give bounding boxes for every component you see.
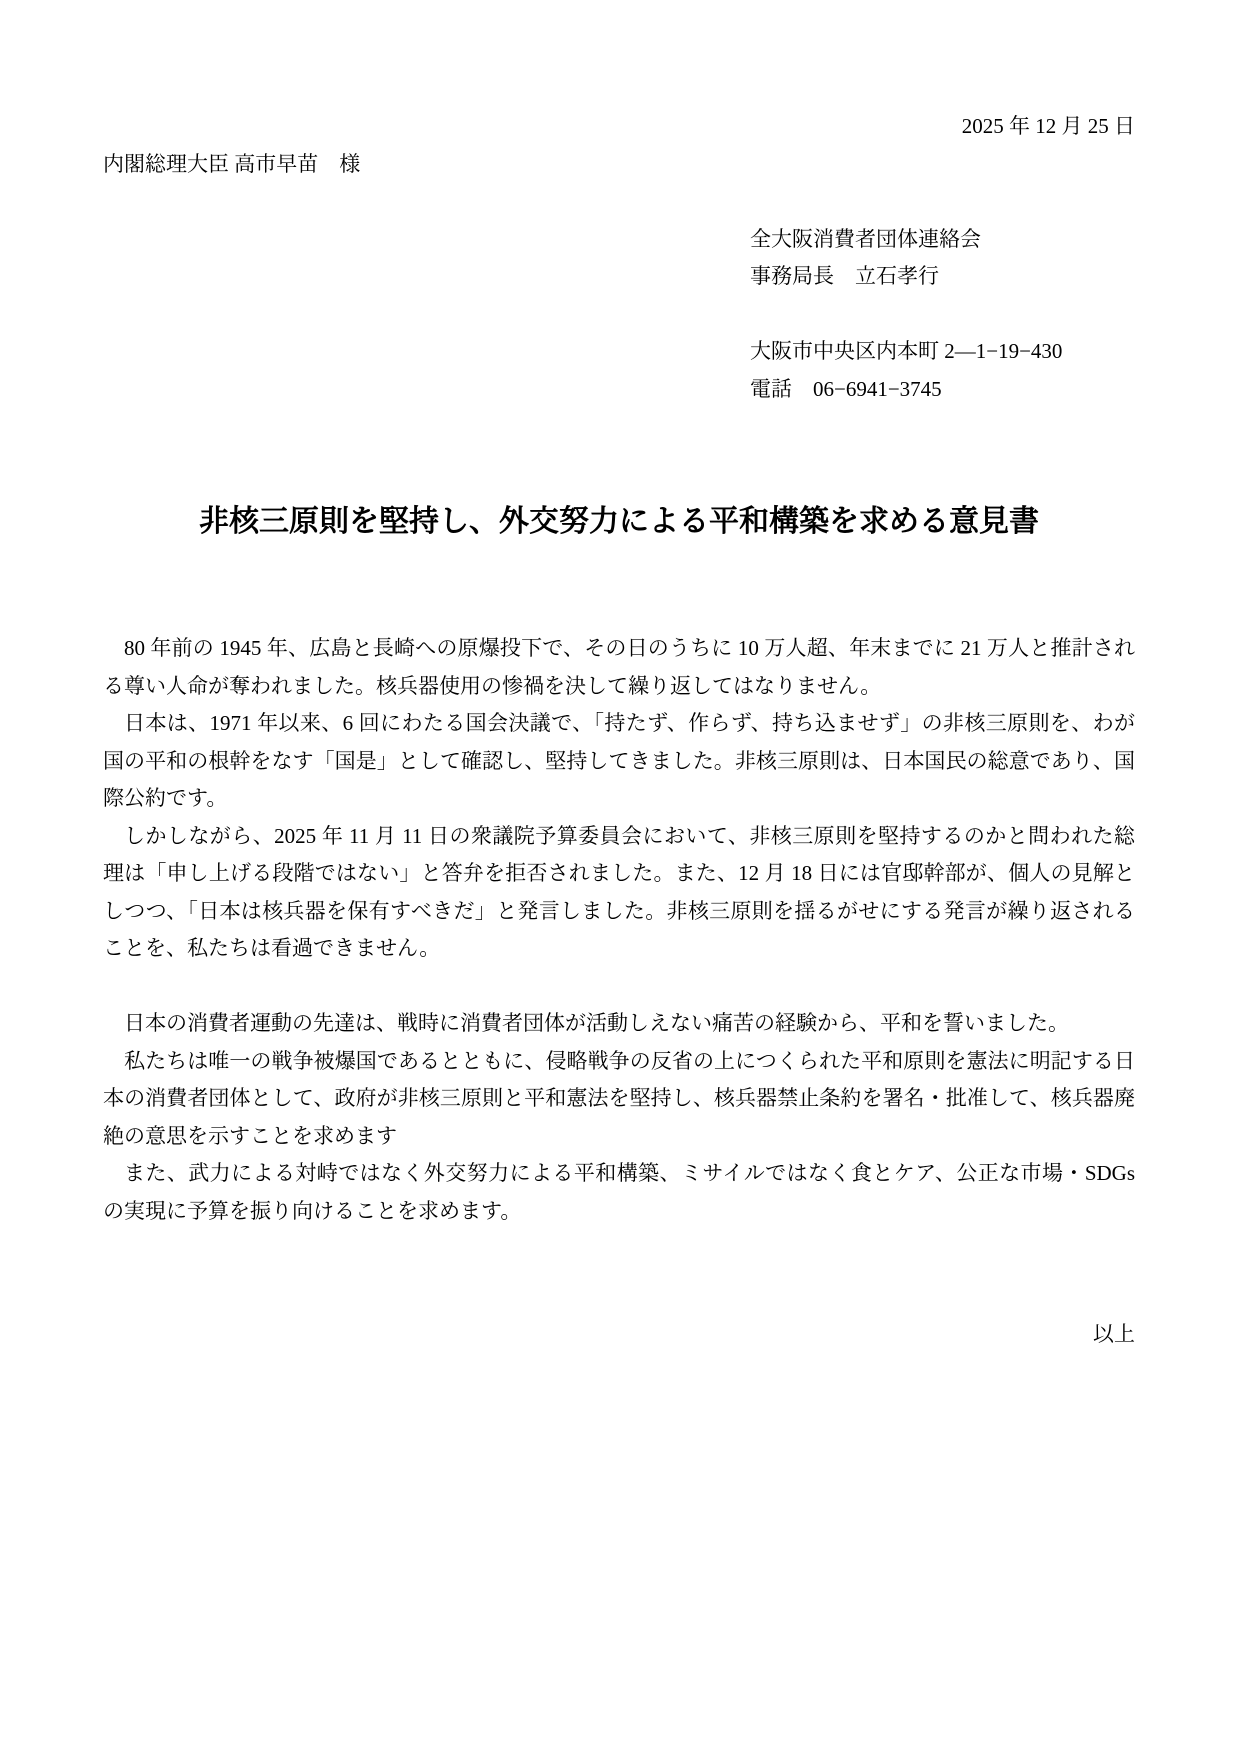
sender-phone: 電話 06−6941−3745: [750, 371, 1135, 409]
document-body: 80 年前の 1945 年、広島と長崎への原爆投下で、その日のうちに 10 万人…: [103, 630, 1135, 1230]
document-date: 2025 年 12 月 25 日: [103, 108, 1135, 146]
sender-organization: 全大阪消費者団体連絡会: [750, 221, 1135, 259]
body-paragraph: 日本は、1971 年以来、6 回にわたる国会決議で、「持たず、作らず、持ち込ませ…: [103, 705, 1135, 818]
recipient-name: 内閣総理大臣 高市早苗 様: [103, 146, 1135, 184]
sender-address: 大阪市中央区内本町 2—1−19−430: [750, 333, 1135, 371]
document-page: 2025 年 12 月 25 日 内閣総理大臣 高市早苗 様 全大阪消費者団体連…: [0, 0, 1241, 1755]
sender-representative: 事務局長 立石孝行: [750, 258, 1135, 296]
body-paragraph: 日本の消費者運動の先達は、戦時に消費者団体が活動しえない痛苦の経験から、平和を誓…: [103, 1005, 1135, 1043]
sender-block: 全大阪消費者団体連絡会 事務局長 立石孝行 大阪市中央区内本町 2—1−19−4…: [750, 221, 1135, 409]
body-paragraph: 80 年前の 1945 年、広島と長崎への原爆投下で、その日のうちに 10 万人…: [103, 630, 1135, 705]
closing-word: 以上: [103, 1316, 1135, 1354]
body-paragraph: しかしながら、2025 年 11 月 11 日の衆議院予算委員会において、非核三…: [103, 818, 1135, 968]
body-paragraph: 私たちは唯一の戦争被爆国であるとともに、侵略戦争の反省の上につくられた平和原則を…: [103, 1043, 1135, 1156]
body-paragraph: また、武力による対峙ではなく外交努力による平和構築、ミサイルではなく食とケア、公…: [103, 1155, 1135, 1230]
document-title: 非核三原則を堅持し、外交努力による平和構築を求める意見書: [103, 494, 1135, 550]
sender-contact-block: 大阪市中央区内本町 2—1−19−430 電話 06−6941−3745: [750, 333, 1135, 408]
